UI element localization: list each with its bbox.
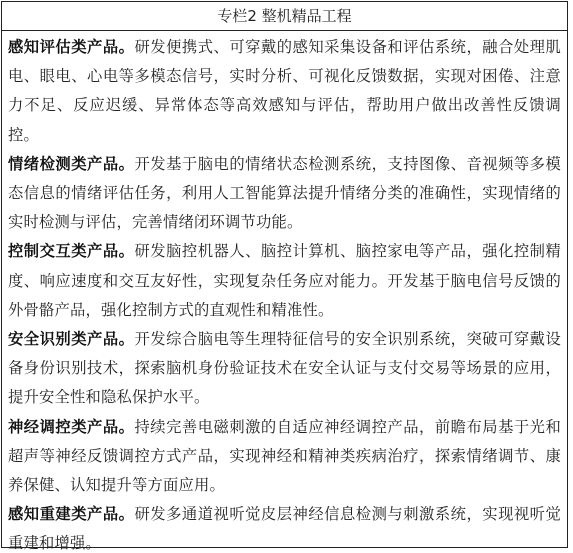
item-control-interaction: 控制交互类产品。研发脑控机器人、脑控计算机、脑控家电等产品，强化控制精度、响应速… <box>8 237 561 325</box>
feature-box: 专栏2 整机精品工程 感知评估类产品。研发便携式、可穿戴的感知采集设备和评估系统… <box>1 1 568 548</box>
item-title: 控制交互类产品。 <box>8 242 134 260</box>
box-title: 专栏2 整机精品工程 <box>2 2 567 31</box>
box-body: 感知评估类产品。研发便携式、可穿戴的感知采集设备和评估系统，融合处理肌电、眼电、… <box>2 31 567 553</box>
item-title: 神经调控类产品。 <box>8 418 134 436</box>
item-perception-assessment: 感知评估类产品。研发便携式、可穿戴的感知采集设备和评估系统，融合处理肌电、眼电、… <box>8 33 561 150</box>
item-emotion-detection: 情绪检测类产品。开发基于脑电的情绪状态检测系统，支持图像、音视频等多模态信息的情… <box>8 150 561 238</box>
item-title: 感知评估类产品。 <box>8 38 134 56</box>
item-title: 感知重建类产品。 <box>8 505 134 523</box>
item-neuromodulation: 神经调控类产品。持续完善电磁刺激的自适应神经调控产品，前瞻布局基于光和超声等神经… <box>8 413 561 501</box>
item-title: 情绪检测类产品。 <box>8 155 134 173</box>
item-security-identification: 安全识别类产品。开发综合脑电等生理特征信号的安全识别系统，突破可穿戴设备身份识别… <box>8 325 561 413</box>
item-perception-reconstruction: 感知重建类产品。研发多通道视听觉皮层神经信息检测与刺激系统，实现视听觉重建和增强… <box>8 500 561 553</box>
item-title: 安全识别类产品。 <box>8 330 134 348</box>
